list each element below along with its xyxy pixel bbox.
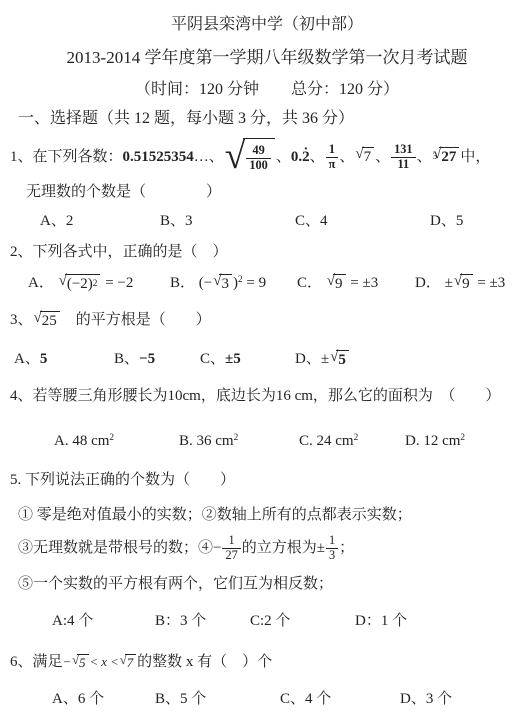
math-numerator: 1 [222, 534, 240, 548]
math-text: 7 [364, 149, 372, 166]
option-label: A、2 [40, 210, 160, 232]
math-text: A. 48 cm [54, 433, 109, 449]
math-i: 5 [79, 656, 85, 671]
math-text: 的立方根为± [242, 537, 325, 559]
math-text: D． ± [415, 275, 453, 291]
question-5-items-3-4: ③无理数就是带根号的数；④−127 的立方根为±13； [10, 530, 524, 566]
math-superscript: 2 [460, 433, 465, 443]
math-denominator: 3 [326, 548, 338, 563]
question-2-options: A． √(−2)2 = −2B． (−√3)2 = 9C． √9 = ±3D． … [10, 266, 524, 300]
math-text: 、 [339, 146, 354, 168]
radicand: 5 [336, 350, 349, 369]
math-square-root: √5 [72, 654, 88, 671]
question-5-stem: 5. 下列说法正确的个数为（ ） [10, 469, 524, 491]
math-text: B：3 个 [155, 613, 206, 629]
radicand: 7 [125, 654, 136, 671]
option-label: A、5 [14, 348, 114, 370]
math-text: 、 [276, 146, 291, 168]
math-text: = ±3 [347, 275, 379, 291]
math-text: 中， [460, 146, 490, 168]
question-1-stem: 1、在下列各数： 0.51525354 …、√49100、 0.2·、 1π、 … [10, 135, 524, 179]
question-5-options: A:4 个B：3 个C:2 个D：1 个 [10, 610, 524, 632]
math-text: D：1 个 [355, 613, 407, 629]
radicand: 25 [40, 311, 60, 330]
radicand: (−2)2 [65, 274, 101, 293]
math-numerator: 49 [246, 144, 270, 158]
math-fraction: 1π [326, 143, 339, 171]
repeating-dot: · [304, 138, 309, 160]
math-text: 1、在下列各数： [10, 146, 123, 168]
question-3-options: A、5B、−5C、±5D、±√5 [10, 348, 524, 370]
math-text: C:2 个 [250, 613, 290, 629]
question-4-stem: 4、若等腰三角形腰长为10cm，底边长为16 cm，那么它的面积为 （ ） [10, 385, 524, 407]
math-b: 5 [338, 352, 346, 369]
option-label: D． ±√9 = ±3 [415, 272, 524, 294]
math-text: A、 [14, 351, 40, 367]
math-text: C、4 [295, 213, 328, 229]
math-b: 0.51525354 [123, 146, 194, 168]
math-b: ±5 [225, 351, 241, 367]
math-text: C、4 个 [280, 691, 331, 707]
option-label: C:2 个 [250, 610, 355, 632]
math-text: A． [28, 275, 58, 291]
option-label: B：3 个 [155, 610, 250, 632]
math-text: 9 [462, 276, 470, 293]
option-label: B、3 [160, 210, 295, 232]
math-text: C． [297, 275, 326, 291]
math-denominator: 11 [391, 157, 415, 172]
math-square-root: √25 [34, 311, 60, 330]
math-square-root: √9 [454, 274, 473, 293]
math-superscript: 2 [234, 433, 239, 443]
math-square-root: √9 [327, 274, 346, 293]
math-superscript: 2 [354, 433, 359, 443]
math-b: 0. [291, 146, 302, 168]
option-label: A． √(−2)2 = −2 [28, 272, 170, 294]
math-fraction: 13111 [391, 143, 415, 171]
question-2-stem: 2、下列各式中，正确的是（ ） [10, 241, 524, 263]
section-heading: 一、选择题（共 12 题，每小题 3 分，共 36 分） [10, 108, 524, 130]
radicand: 9 [460, 274, 473, 293]
question-5-item-5: ⑤一个实数的平方根有两个，它们互为相反数； [10, 573, 524, 595]
math-text: = 9 [243, 275, 266, 291]
math-text: D、5 [430, 213, 463, 229]
radicand: 9 [333, 274, 346, 293]
math-text: 25 [42, 313, 57, 330]
question-1-options: A、2B、3C、4D、5 [10, 210, 524, 232]
math-square-root: √7 [120, 654, 136, 671]
radicand: 3 [219, 274, 232, 293]
radical-sign: √ [225, 138, 246, 176]
math-text: B. 36 cm [179, 433, 234, 449]
math-square-root: √(−2)2 [59, 274, 101, 293]
math-text: …、 [194, 146, 224, 168]
math-text: D、± [295, 351, 329, 367]
math-text: 、 [417, 146, 432, 168]
math-b: −5 [139, 351, 155, 367]
exam-paper: 平阴县栾湾中学（初中部） 2013-2014 学年度第一学期八年级数学第一次月考… [0, 0, 530, 718]
option-label: B． (−√3)2 = 9 [170, 272, 297, 294]
option-label: C、±5 [200, 348, 295, 370]
option-label: D. 12 cm2 [405, 430, 524, 452]
math-square-root: √5 [330, 350, 349, 369]
exam-time-score: （时间：120 分钟 总分：120 分） [10, 79, 524, 101]
option-label: B、5 个 [155, 688, 280, 710]
math-denominator: π [326, 157, 339, 172]
option-label: A、6 个 [52, 688, 155, 710]
option-label: A:4 个 [52, 610, 155, 632]
option-label: C. 24 cm2 [299, 430, 405, 452]
question-4-options: A. 48 cm2B. 36 cm2C. 24 cm2D. 12 cm2 [10, 430, 524, 452]
math-text: ； [339, 537, 354, 559]
option-label: A. 48 cm2 [54, 430, 179, 452]
math-text: D. 12 cm [405, 433, 460, 449]
math-text: B． (− [170, 275, 212, 291]
math-fraction: 13 [326, 534, 338, 562]
math-square-root: √49100 [225, 138, 275, 176]
math-text: 的平方根是（ ） [61, 312, 211, 328]
math-fraction: 49100 [246, 144, 270, 172]
question-6-options: A、6 个B、5 个C、4 个D、3 个 [10, 688, 524, 710]
radicand: 27 [439, 147, 459, 167]
math-text: 、 [310, 146, 325, 168]
radicand: 7 [362, 147, 375, 166]
option-label: C、4 [295, 210, 430, 232]
math-text: A:4 个 [52, 613, 93, 629]
radicand: 5 [77, 654, 88, 671]
option-label: D：1 个 [355, 610, 524, 632]
school-name: 平阴县栾湾中学（初中部） [10, 14, 524, 36]
math-repeating-decimal: 2· [302, 146, 310, 168]
option-label: C、4 个 [280, 688, 400, 710]
math-superscript: 2 [93, 280, 98, 289]
math-text: C. 24 cm [299, 433, 354, 449]
math-text: 、 [375, 146, 390, 168]
math-text: ③无理数就是带根号的数；④− [18, 537, 221, 559]
math-text: A、2 [40, 213, 73, 229]
math-text: (−2) [67, 276, 93, 293]
math-text: A、6 个 [52, 691, 104, 707]
math-cube-root: 3√27 [433, 147, 460, 167]
math-superscript: 2 [109, 433, 114, 443]
math-text: D、3 个 [400, 691, 452, 707]
math-square-root: √7 [355, 147, 374, 166]
question-1-stem-cont: 无理数的个数是（ ） [26, 181, 524, 203]
math-text: B、5 个 [155, 691, 206, 707]
question-6-stem: 6、满足−√5 < x < √7 的整数 x 有（ ）个 [10, 649, 524, 675]
math-text: C、 [200, 351, 225, 367]
exam-title: 2013-2014 学年度第一学期八年级数学第一次月考试题 [10, 47, 524, 69]
math-text: = ±3 [474, 275, 506, 291]
math-b: 27 [441, 149, 456, 166]
math-i: < x < [90, 651, 119, 673]
math-numerator: 1 [326, 143, 339, 157]
question-5-items-1-2: ① 零是绝对值最小的实数；②数轴上所有的点都表示实数； [10, 504, 524, 526]
radicand: 49100 [243, 138, 274, 176]
math-text: = −2 [101, 275, 133, 291]
math-text: 9 [335, 276, 343, 293]
option-label: D、5 [430, 210, 524, 232]
math-i: − [63, 651, 72, 673]
option-label: D、3 个 [400, 688, 524, 710]
math-text: 6、满足 [10, 651, 63, 673]
math-numerator: 1 [326, 534, 338, 548]
option-label: D、±√5 [295, 348, 524, 370]
math-square-root: √3 [213, 274, 232, 293]
option-label: B. 36 cm2 [179, 430, 299, 452]
option-label: C． √9 = ±3 [297, 272, 415, 294]
question-3-stem: 3、√25 的平方根是（ ） [10, 309, 524, 331]
math-text: 3、 [10, 312, 33, 328]
math-text: B、 [114, 351, 139, 367]
math-denominator: 100 [246, 158, 270, 173]
math-text: B、3 [160, 213, 193, 229]
math-i: 7 [127, 656, 133, 671]
math-fraction: 127 [222, 534, 240, 562]
math-b: 5 [40, 351, 48, 367]
math-numerator: 131 [391, 143, 415, 157]
math-text: 的整数 x 有（ ）个 [137, 651, 272, 673]
option-label: B、−5 [114, 348, 200, 370]
math-text: 3 [221, 276, 229, 293]
math-denominator: 27 [222, 548, 240, 563]
